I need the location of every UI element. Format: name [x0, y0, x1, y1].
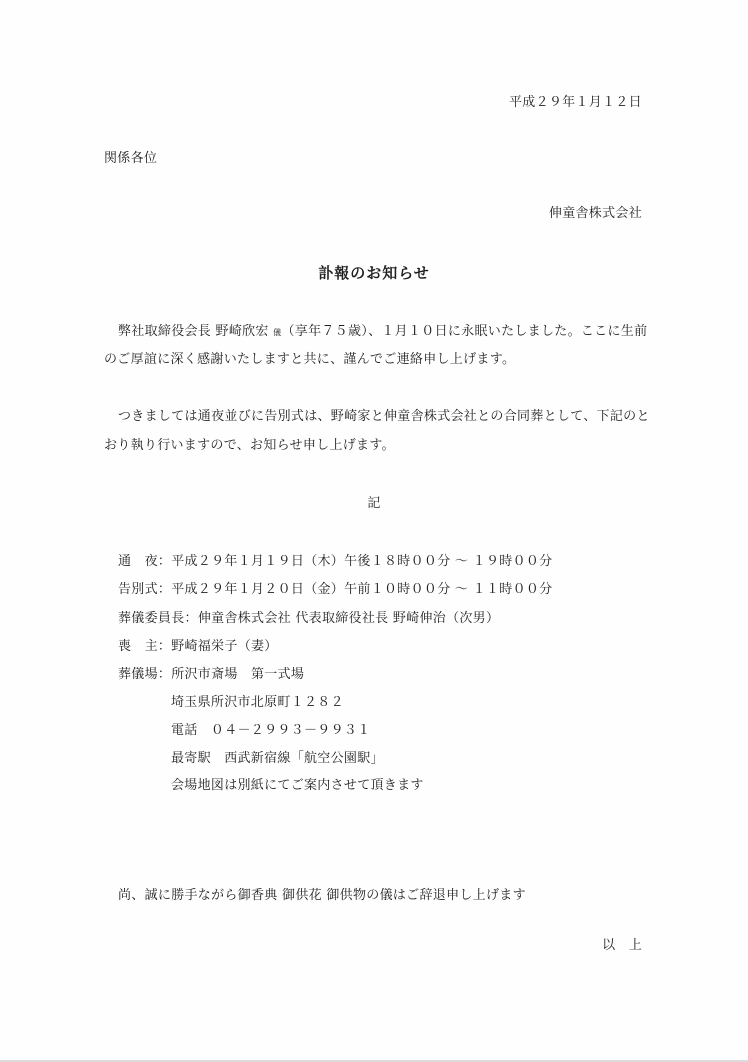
detail-wake: 通 夜：平成２９年１月１９日（木）午後１８時００分 ～ １９時００分 [118, 553, 552, 571]
document-date: 平成２９年１月１２日 [509, 94, 642, 112]
detail-value: 伸童舎株式会社 代表取締役社長 野崎伸治（次男） [198, 611, 499, 626]
paragraph1-line1: 弊社取締役会長 野崎欣宏 儀（享年７５歳）、１月１０日に永眠いたしました。ここに… [118, 323, 647, 342]
end-mark: 以 上 [602, 937, 642, 955]
detail-venue: 葬儀場：所沢市斎場 第一式場 [118, 666, 304, 684]
document-page: 平成２９年１月１２日 関係各位 伸童舎株式会社 訃報のお知らせ 弊社取締役会長 … [0, 0, 748, 1060]
paragraph1-line1-b: （享年７５歳）、１月１０日に永眠いたしました。ここに生前 [281, 324, 647, 339]
addressee: 関係各位 [104, 150, 157, 168]
paragraph1-line1-a: 弊社取締役会長 野崎欣宏 [118, 324, 273, 339]
document-title: 訃報のお知らせ [0, 264, 748, 282]
detail-label: 葬儀場： [118, 667, 171, 682]
venue-map-note: 会場地図は別紙にてご案内させて頂きます [171, 777, 424, 795]
paragraph2-line1: つきましては通夜並びに告別式は、野崎家と伸童舎株式会社との合同葬として、下記のと [118, 408, 650, 426]
detail-value: 平成２９年１月２０日（金）午前１０時００分 ～ １１時００分 [171, 582, 552, 597]
detail-committee-chair: 葬儀委員長：伸童舎株式会社 代表取締役社長 野崎伸治（次男） [118, 610, 499, 628]
paragraph2-line2: おり執り行いますので、お知らせ申し上げます。 [104, 437, 395, 455]
sender-company: 伸童舎株式会社 [549, 205, 642, 223]
closing-note: 尚、誠に勝手ながら御香典 御供花 御供物の儀はご辞退申し上げます [118, 887, 526, 905]
detail-label: 葬儀委員長： [118, 611, 198, 626]
venue-address: 埼玉県所沢市北原町１２８２ [171, 694, 344, 712]
detail-label: 通 夜： [118, 554, 171, 569]
venue-phone: 電話 ０４－２９９３－９９３１ [171, 722, 371, 740]
detail-value: 所沢市斎場 第一式場 [171, 667, 304, 682]
detail-label: 告別式： [118, 582, 171, 597]
detail-label: 喪 主： [118, 639, 171, 654]
ki-heading: 記 [0, 495, 748, 513]
detail-value: 平成２９年１月１９日（木）午後１８時００分 ～ １９時００分 [171, 554, 552, 569]
paragraph1-line2: のご厚誼に深く感謝いたしますと共に、謹んでご連絡申し上げます。 [104, 351, 515, 369]
detail-value: 野崎福栄子（妻） [171, 639, 277, 654]
detail-chief-mourner: 喪 主：野崎福栄子（妻） [118, 638, 278, 656]
detail-funeral: 告別式：平成２９年１月２０日（金）午前１０時００分 ～ １１時００分 [118, 581, 552, 599]
venue-station: 最寄駅 西武新宿線「航空公園駅」 [171, 750, 384, 768]
